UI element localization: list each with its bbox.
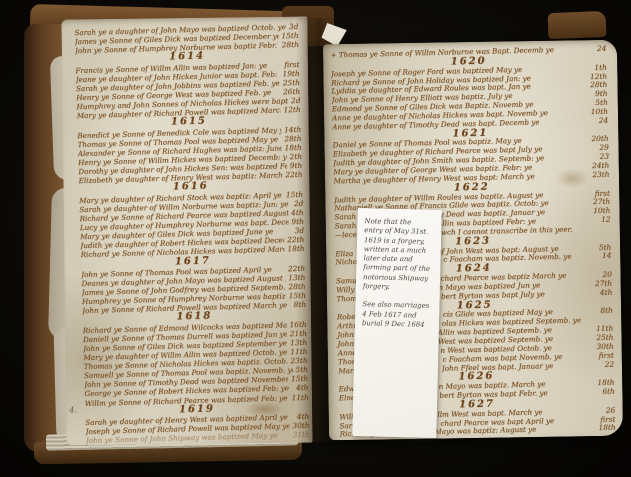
left-page-entries: Sarah ye a daughter of John Mayo was bap…: [74, 22, 310, 445]
note-text-line: burial 9 Dec 1684: [362, 319, 432, 330]
left-page: Sarah ye a daughter of John Mayo was bap…: [61, 17, 312, 446]
entry-name-fragment: Thom: [336, 295, 357, 304]
entry-day: 14: [599, 252, 612, 261]
entry-day: 23th: [589, 170, 609, 179]
entry-day: 4th: [597, 288, 613, 297]
entry-day: 24: [596, 116, 609, 125]
leather-cover-top-right-corner: [547, 11, 606, 39]
entry-day: 8th: [597, 307, 613, 316]
entry-day: 24: [594, 45, 607, 54]
archivist-note: Note that theentry of May 31st.1619 is a…: [352, 208, 442, 438]
entry-day: 22: [602, 360, 615, 369]
parish-register-photo: Sarah ye a daughter of John Mayo was bap…: [0, 0, 631, 477]
entry-day: 18th: [595, 424, 615, 433]
archivist-note-text: Note that theentry of May 31st.1619 is a…: [362, 217, 435, 330]
entry-day: 12: [598, 216, 611, 225]
entry-day: 6th: [599, 388, 615, 397]
margin-annotation: 4.: [69, 405, 77, 414]
entry-name-fragment: —lece: [335, 231, 357, 240]
